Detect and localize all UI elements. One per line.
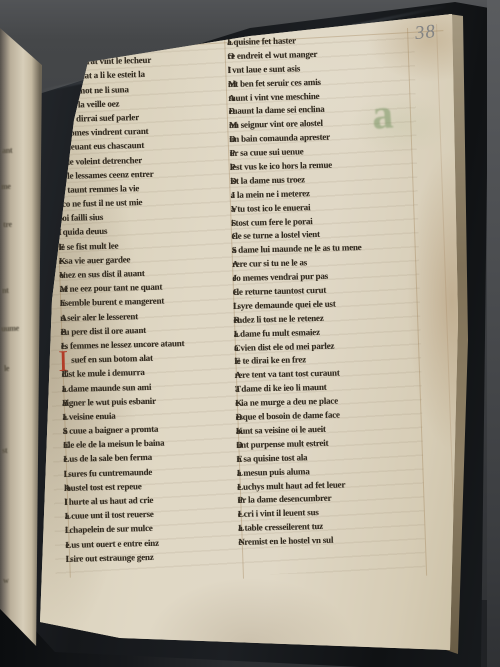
line-text: i sire out estraunge genz — [66, 550, 154, 566]
backdrop-right-strip — [487, 0, 500, 667]
facing-page-text-fragment: tre — [3, 220, 12, 229]
line-text: e remist en le hostel vn sul — [238, 534, 333, 550]
facing-page-text-fragment: st — [2, 446, 7, 455]
line-text: l quida deuus — [58, 224, 107, 239]
line-text: le se fist mult lee — [59, 238, 119, 254]
line-text: a veisine enuia — [62, 409, 115, 424]
facing-page-text-fragment: uume — [1, 324, 19, 334]
facing-page-text-fragment: le — [4, 364, 9, 373]
facing-page-text-fragment: ant — [2, 146, 13, 155]
text-column-left: Epuis lesent entrer le seignurCum il ent… — [54, 37, 246, 566]
facing-page-edge: antmetrentuumelestw — [0, 28, 42, 646]
text-column-right: La quisine fet hasterOre endreit el wut … — [227, 32, 427, 550]
facing-page-text-fragment: me — [1, 182, 11, 191]
ruling-line-vertical — [436, 24, 457, 584]
facing-page-text-fragment: nt — [2, 286, 9, 295]
folio-number: 38 — [414, 21, 437, 45]
manuscript-photo: antmetrentuumelestw a 38 Epuis lesent en… — [0, 0, 500, 667]
facing-page-text-fragment: w — [3, 576, 9, 585]
line-text: i oi failli sius — [58, 210, 103, 225]
